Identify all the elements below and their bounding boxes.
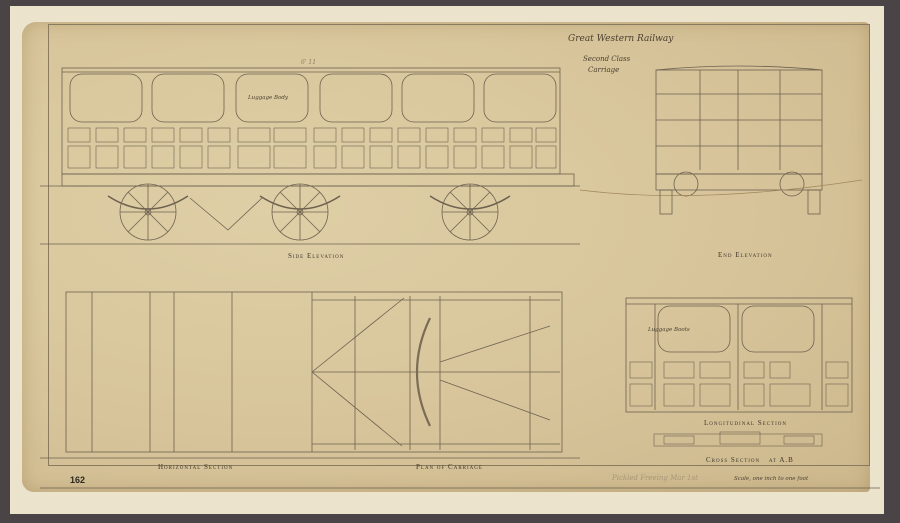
drawing-subtitle-class: Second Class [583,55,630,63]
luggage-boots-annotation: Luggage Boots [648,327,690,333]
plan-of-carriage-label: Plan of Carriage [416,463,483,471]
drawing-subtitle-carriage: Carriage [588,66,619,74]
side-elevation-label: Side Elevation [288,252,344,260]
end-elevation-drawing [580,66,862,214]
cross-section-drawing [654,432,822,446]
end-elevation-label: End Elevation [718,251,773,259]
longitudinal-section-drawing [626,298,852,412]
signature: Pickled Freeing Mar 1st [612,474,698,482]
cross-section-label: Cross Section at A.B [706,456,794,464]
cross-section-suffix: at A.B [769,456,794,464]
luggage-body-annotation: Luggage Body [248,95,288,101]
sheet-number: 162 [70,475,85,485]
side-elevation-drawing [40,68,580,244]
longitudinal-section-label: Longitudinal Section [704,419,787,427]
drawing-title: Great Western Railway [568,34,673,44]
top-dimension-mark: 6' 11 [301,59,316,66]
technical-drawing [0,0,900,523]
horizontal-section-label: Horizontal Section [158,463,233,471]
scale-note: Scale, one inch to one foot [734,476,808,482]
horizontal-section-and-plan-drawing [40,292,580,458]
cross-section-title: Cross Section [706,456,760,464]
